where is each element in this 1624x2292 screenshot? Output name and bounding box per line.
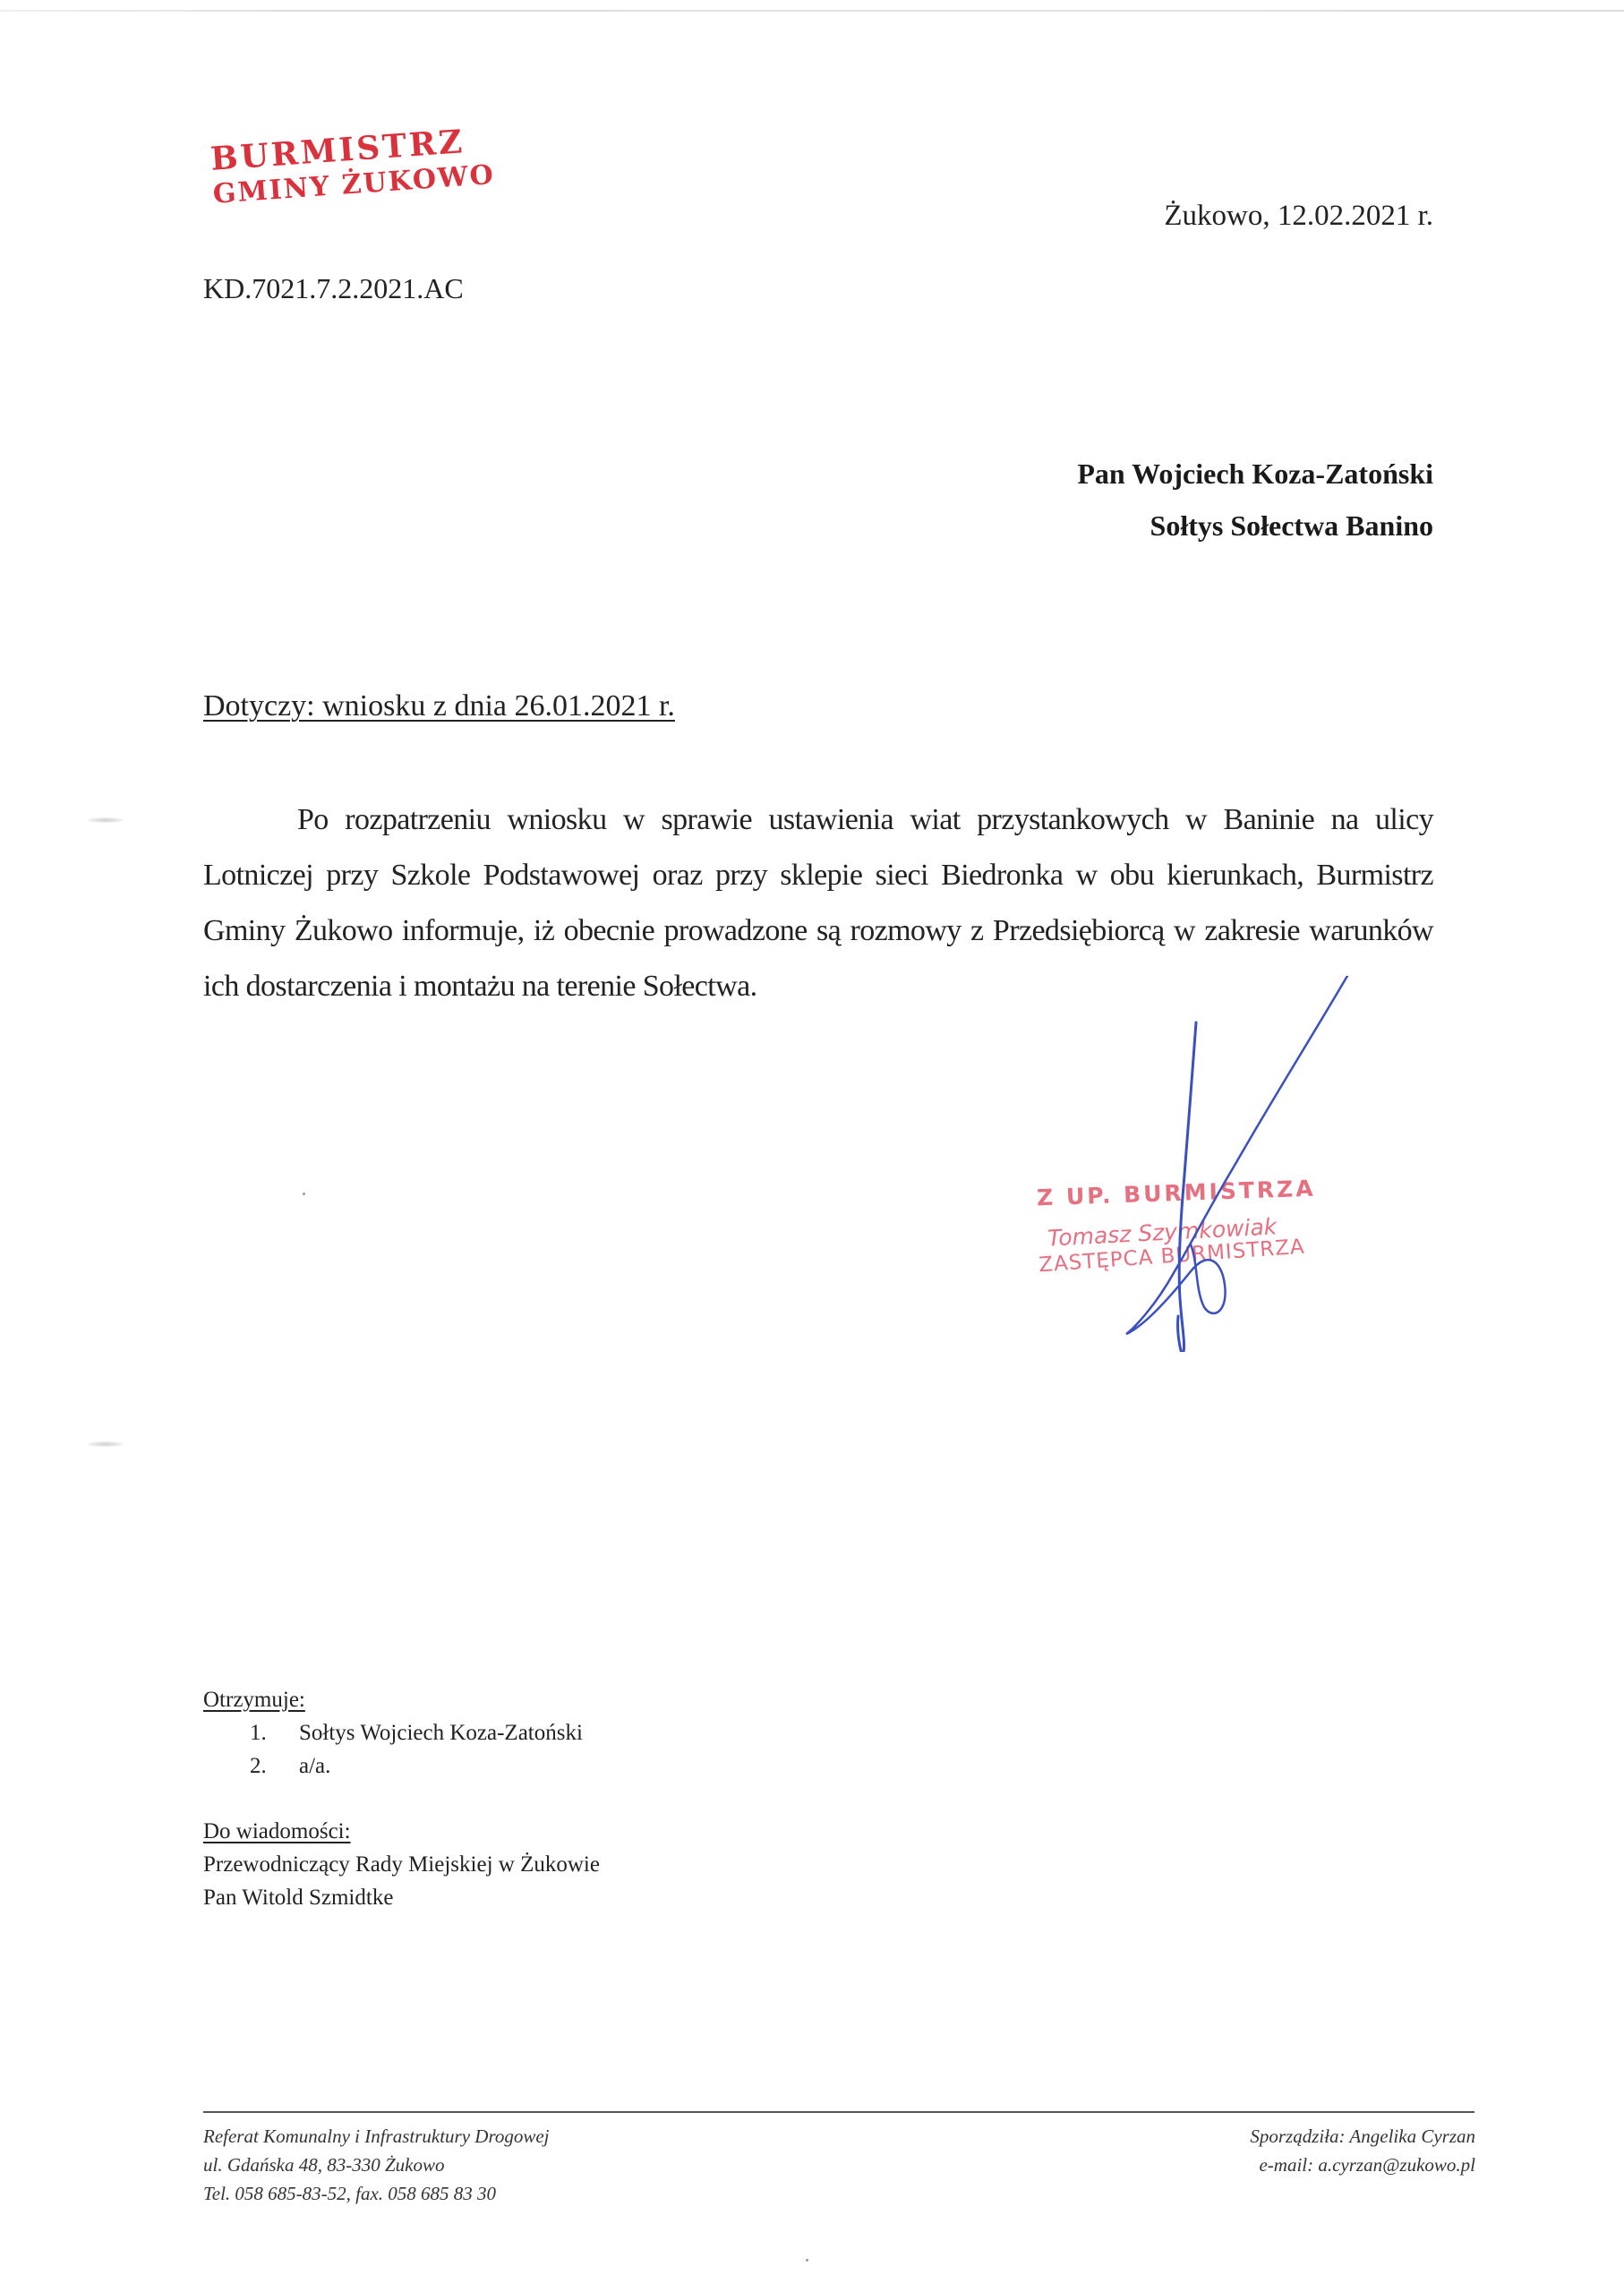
footer-phone-fax: Tel. 058 685-83-52, fax. 058 685 83 30 [203,2179,550,2208]
list-item: 1. Sołtys Wojciech Koza-Zatoński [250,1716,600,1749]
punch-hole-mark [88,817,124,823]
footer-department: Referat Komunalny i Infrastruktury Drogo… [203,2122,550,2151]
footer-address: ul. Gdańska 48, 83-330 Żukowo [203,2151,550,2179]
info-line: Pan Witold Szmidtke [203,1881,600,1914]
recipient-block: Pan Wojciech Koza-Zatoński Sołtys Sołect… [1077,448,1433,552]
recipient-title: Sołtys Sołectwa Banino [1077,500,1433,552]
distribution-block: Otrzymuje: 1. Sołtys Wojciech Koza-Zatoń… [203,1683,600,1914]
list-item-number: 1. [250,1716,299,1749]
list-item-text: Sołtys Wojciech Koza-Zatoński [299,1716,583,1749]
scan-speck [806,2259,808,2262]
list-item-number: 2. [250,1749,299,1783]
recipients-list: 1. Sołtys Wojciech Koza-Zatoński 2. a/a. [203,1716,600,1783]
footer-divider [203,2111,1474,2113]
recipient-name: Pan Wojciech Koza-Zatoński [1077,448,1433,500]
footer-author-info: Sporządziła: Angelika Cyrzan e-mail: a.c… [1250,2122,1475,2179]
footer-prepared-by: Sporządziła: Angelika Cyrzan [1250,2122,1475,2151]
letter-page: BURMISTRZ GMINY ŻUKOWO Żukowo, 12.02.202… [0,0,1624,2292]
footer-email: e-mail: a.cyrzan@zukowo.pl [1250,2151,1475,2179]
reference-number: KD.7021.7.2.2021.AC [203,272,464,305]
list-item: 2. a/a. [250,1749,600,1783]
place-and-date: Żukowo, 12.02.2021 r. [1164,200,1433,233]
scan-speck [303,1193,305,1195]
scan-edge-line [0,10,1624,12]
signature-area: Z UP. BURMISTRZA Tomasz Szymkowiak ZASTĘ… [1021,976,1379,1352]
subject-line: Dotyczy: wniosku z dnia 26.01.2021 r. [203,689,675,723]
info-line: Przewodniczący Rady Miejskiej w Żukowie [203,1848,600,1881]
punch-hole-mark [88,1441,124,1447]
list-item-text: a/a. [299,1749,330,1783]
issuer-stamp: BURMISTRZ GMINY ŻUKOWO [209,124,496,209]
handwritten-signature-icon [1021,976,1379,1352]
info-heading: Do wiadomości: [203,1815,600,1848]
footer-department-info: Referat Komunalny i Infrastruktury Drogo… [203,2122,550,2208]
recipients-heading: Otrzymuje: [203,1683,600,1716]
